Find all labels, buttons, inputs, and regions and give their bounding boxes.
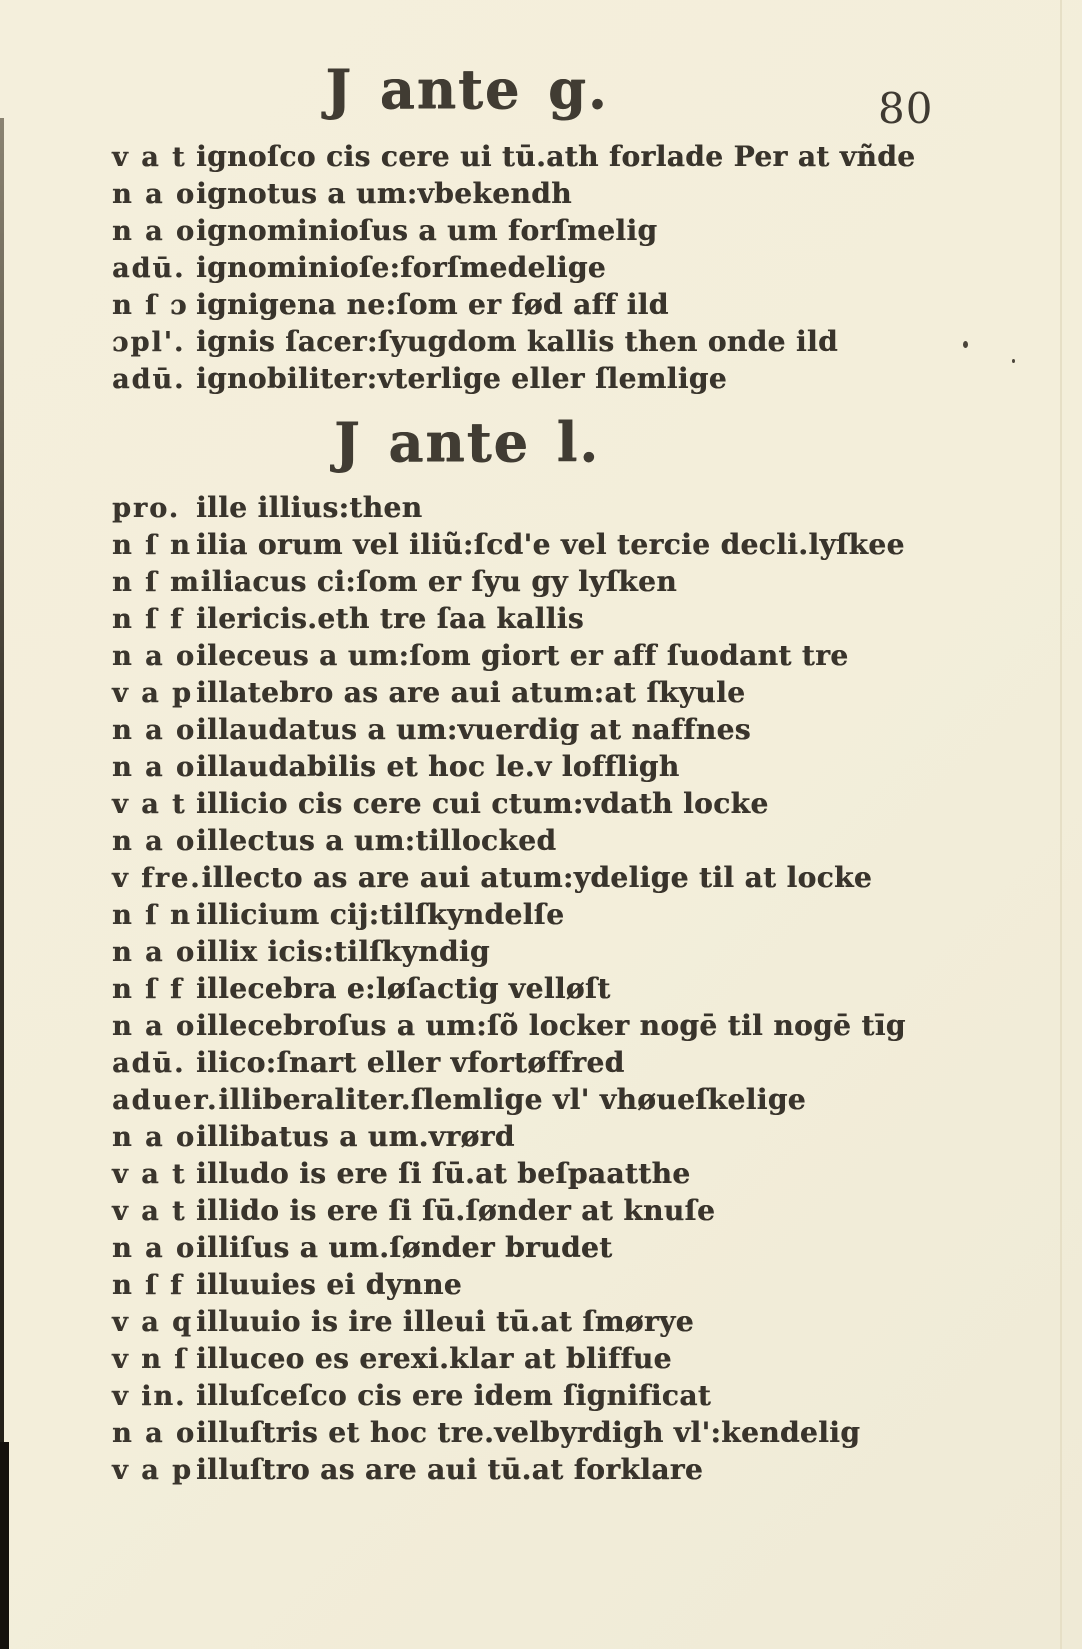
entry-text: illecebroſus a um:ſõ locker nogē til nog… xyxy=(196,1009,906,1042)
entry-text: illecto as are aui atum:ydelige til at l… xyxy=(202,861,873,894)
dictionary-entry: n a oileceus a um:ſom giort er aff ſuoda… xyxy=(112,639,1042,676)
entry-abbreviation: v fre. xyxy=(112,863,202,894)
dictionary-entry: v a tignoſco cis cere ui tū.ath forlade … xyxy=(112,140,1042,177)
entry-text: ignominioſus a um forſmelig xyxy=(196,214,657,247)
entry-text: ignis ſacer:ſyugdom kallis then onde ild xyxy=(196,325,838,358)
dictionary-entry: n ſ ɔignigena ne:ſom er fød aff ild xyxy=(112,288,1042,325)
entry-abbreviation: n a o xyxy=(112,826,196,857)
entry-abbreviation: n a o xyxy=(112,179,196,210)
entry-abbreviation: adū. xyxy=(112,364,196,395)
entry-abbreviation: n ſ n xyxy=(112,530,196,561)
entry-abbreviation: n a o xyxy=(112,1122,196,1153)
entry-abbreviation: v n ſ xyxy=(112,1344,196,1375)
entry-text: illibatus a um.vrørd xyxy=(196,1120,515,1153)
entry-text: illectus a um:tillocked xyxy=(196,824,556,857)
entry-abbreviation: n a o xyxy=(112,715,196,746)
entry-abbreviation: v a t xyxy=(112,789,196,820)
entry-abbreviation: pro. xyxy=(112,493,196,524)
entry-text: illatebro as are aui atum:at ſkyule xyxy=(196,676,745,709)
dictionary-entry: adū.ignominioſe:forſmedelige xyxy=(112,251,1042,288)
dictionary-entry: v in.illuſceſco cis ere idem ſignificat xyxy=(112,1379,1042,1416)
dictionary-entry: n ſ filluuies ei dynne xyxy=(112,1268,1042,1305)
dictionary-entry: v a tilludo is ere ſi ſū.at beſpaatthe xyxy=(112,1157,1042,1194)
entry-abbreviation: n ſ f xyxy=(112,974,196,1005)
dictionary-entry: n a oillecebroſus a um:ſõ locker nogē ti… xyxy=(112,1009,1042,1046)
entry-abbreviation: v in. xyxy=(112,1381,196,1412)
entry-text: ilericis.eth tre ſaa kallis xyxy=(196,602,584,635)
dictionary-entry: n a oillectus a um:tillocked xyxy=(112,824,1042,861)
dictionary-entry: ɔpl'.ignis ſacer:ſyugdom kallis then ond… xyxy=(112,325,1042,362)
dictionary-entry: n ſ miliacus ci:ſom er ſyu gy lyſken xyxy=(112,565,1042,602)
dictionary-entry: n a oilluſtris et hoc tre.velbyrdigh vl'… xyxy=(112,1416,1042,1453)
entry-text: ignoſco cis cere ui tū.ath forlade Per a… xyxy=(196,140,915,173)
entry-abbreviation: n ſ f xyxy=(112,1270,196,1301)
entry-abbreviation: ɔpl'. xyxy=(112,327,196,358)
entry-abbreviation: v a t xyxy=(112,1159,196,1190)
dictionary-entry: v n ſilluceo es erexi.klar at bliffue xyxy=(112,1342,1042,1379)
entry-text: ilia orum vel iliũ:ſcd'e vel tercie decl… xyxy=(196,528,905,561)
entry-text: ignobiliter:vterlige eller ſlemlige xyxy=(196,362,727,395)
entry-text: illiberaliter.ſlemlige vl' vhøueſkelige xyxy=(218,1083,806,1116)
entry-text: illaudatus a um:vuerdig at naffnes xyxy=(196,713,751,746)
dictionary-entry: n a oignominioſus a um forſmelig xyxy=(112,214,1042,251)
entry-abbreviation: adū. xyxy=(112,1048,196,1079)
entry-abbreviation: n a o xyxy=(112,1418,196,1449)
entry-text: illuſceſco cis ere idem ſignificat xyxy=(196,1379,711,1412)
entry-text: ignotus a um:vbekendh xyxy=(196,177,572,210)
entry-text: illiſus a um.ſønder brudet xyxy=(196,1231,612,1264)
scanned-dictionary-page: 80 J ante g.v a tignoſco cis cere ui tū.… xyxy=(0,0,1082,1649)
entry-text: ignominioſe:forſmedelige xyxy=(196,251,606,284)
dictionary-entry: n a oillaudabilis et hoc le.v loffligh xyxy=(112,750,1042,787)
dictionary-entry: n a oignotus a um:vbekendh xyxy=(112,177,1042,214)
dictionary-entry: n a oilliſus a um.ſønder brudet xyxy=(112,1231,1042,1268)
dictionary-entry: pro.ille illius:then xyxy=(112,491,1042,528)
entry-abbreviation: n ſ f xyxy=(112,604,196,635)
entry-abbreviation: n a o xyxy=(112,752,196,783)
dictionary-entry: v a qilluuio is ire illeui tū.at ſmørye xyxy=(112,1305,1042,1342)
entry-text: illudo is ere ſi ſū.at beſpaatthe xyxy=(196,1157,691,1190)
page-body: J ante g.v a tignoſco cis cere ui tū.ath… xyxy=(0,0,1082,1490)
dictionary-entry: n a oillix icis:tilſkyndig xyxy=(112,935,1042,972)
dictionary-entry: n a oillaudatus a um:vuerdig at naffnes xyxy=(112,713,1042,750)
dictionary-entry: n ſ fillecebra e:løſactig velløſt xyxy=(112,972,1042,1009)
entry-text: ignigena ne:ſom er fød aff ild xyxy=(196,288,669,321)
dictionary-entry: adū.ilico:ſnart eller vfortøffred xyxy=(112,1046,1042,1083)
entry-text: illido is ere ſi ſū.ſønder at knuſe xyxy=(196,1194,715,1227)
entry-text: illaudabilis et hoc le.v loffligh xyxy=(196,750,680,783)
dictionary-entry: n ſ filericis.eth tre ſaa kallis xyxy=(112,602,1042,639)
dictionary-entry: aduer.illiberaliter.ſlemlige vl' vhøueſk… xyxy=(112,1083,1042,1120)
entry-text: illix icis:tilſkyndig xyxy=(196,935,490,968)
entry-abbreviation: n ſ n xyxy=(112,900,196,931)
entry-abbreviation: n a o xyxy=(112,1011,196,1042)
entry-text: ilico:ſnart eller vfortøffred xyxy=(196,1046,625,1079)
dictionary-entry: adū.ignobiliter:vterlige eller ſlemlige xyxy=(112,362,1042,399)
entry-abbreviation: v a p xyxy=(112,1455,196,1486)
dictionary-entry: n a oillibatus a um.vrørd xyxy=(112,1120,1042,1157)
entry-text: illuſtro as are aui tū.at forklare xyxy=(196,1453,703,1486)
dictionary-entry: v a pillatebro as are aui atum:at ſkyule xyxy=(112,676,1042,713)
entry-text: ille illius:then xyxy=(196,491,422,524)
entry-text: ileceus a um:ſom giort er aff ſuodant tr… xyxy=(196,639,848,672)
dictionary-entry: n ſ nillicium cij:tilſkyndelſe xyxy=(112,898,1042,935)
dictionary-entry: v a tillido is ere ſi ſū.ſønder at knuſe xyxy=(112,1194,1042,1231)
entry-text: illuuies ei dynne xyxy=(196,1268,462,1301)
entry-text: illicium cij:tilſkyndelſe xyxy=(196,898,564,931)
entry-abbreviation: v a q xyxy=(112,1307,196,1338)
section-heading: J ante l. xyxy=(112,411,1042,473)
dictionary-entry: v fre.illecto as are aui atum:ydelige ti… xyxy=(112,861,1042,898)
entry-text: iliacus ci:ſom er ſyu gy lyſken xyxy=(201,565,677,598)
entry-abbreviation: n a o xyxy=(112,641,196,672)
entry-abbreviation: n a o xyxy=(112,216,196,247)
entry-abbreviation: n a o xyxy=(112,1233,196,1264)
entry-abbreviation: v a t xyxy=(112,1196,196,1227)
entry-text: illuuio is ire illeui tū.at ſmørye xyxy=(196,1305,694,1338)
dictionary-entry: v a tillicio cis cere cui ctum:vdath loc… xyxy=(112,787,1042,824)
entry-text: illuceo es erexi.klar at bliffue xyxy=(196,1342,672,1375)
dictionary-entry: v a pilluſtro as are aui tū.at forklare xyxy=(112,1453,1042,1490)
entry-abbreviation: v a p xyxy=(112,678,196,709)
entry-abbreviation: n a o xyxy=(112,937,196,968)
entry-abbreviation: aduer. xyxy=(112,1085,218,1116)
entry-text: illuſtris et hoc tre.velbyrdigh vl':kend… xyxy=(196,1416,860,1449)
entry-abbreviation: n ſ ɔ xyxy=(112,290,196,321)
entry-abbreviation: n ſ m xyxy=(112,567,201,598)
entry-abbreviation: v a t xyxy=(112,142,196,173)
dictionary-entry: n ſ nilia orum vel iliũ:ſcd'e vel tercie… xyxy=(112,528,1042,565)
entry-text: illecebra e:løſactig velløſt xyxy=(196,972,611,1005)
entry-text: illicio cis cere cui ctum:vdath locke xyxy=(196,787,769,820)
section-heading: J ante g. xyxy=(112,58,1042,120)
entry-abbreviation: adū. xyxy=(112,253,196,284)
